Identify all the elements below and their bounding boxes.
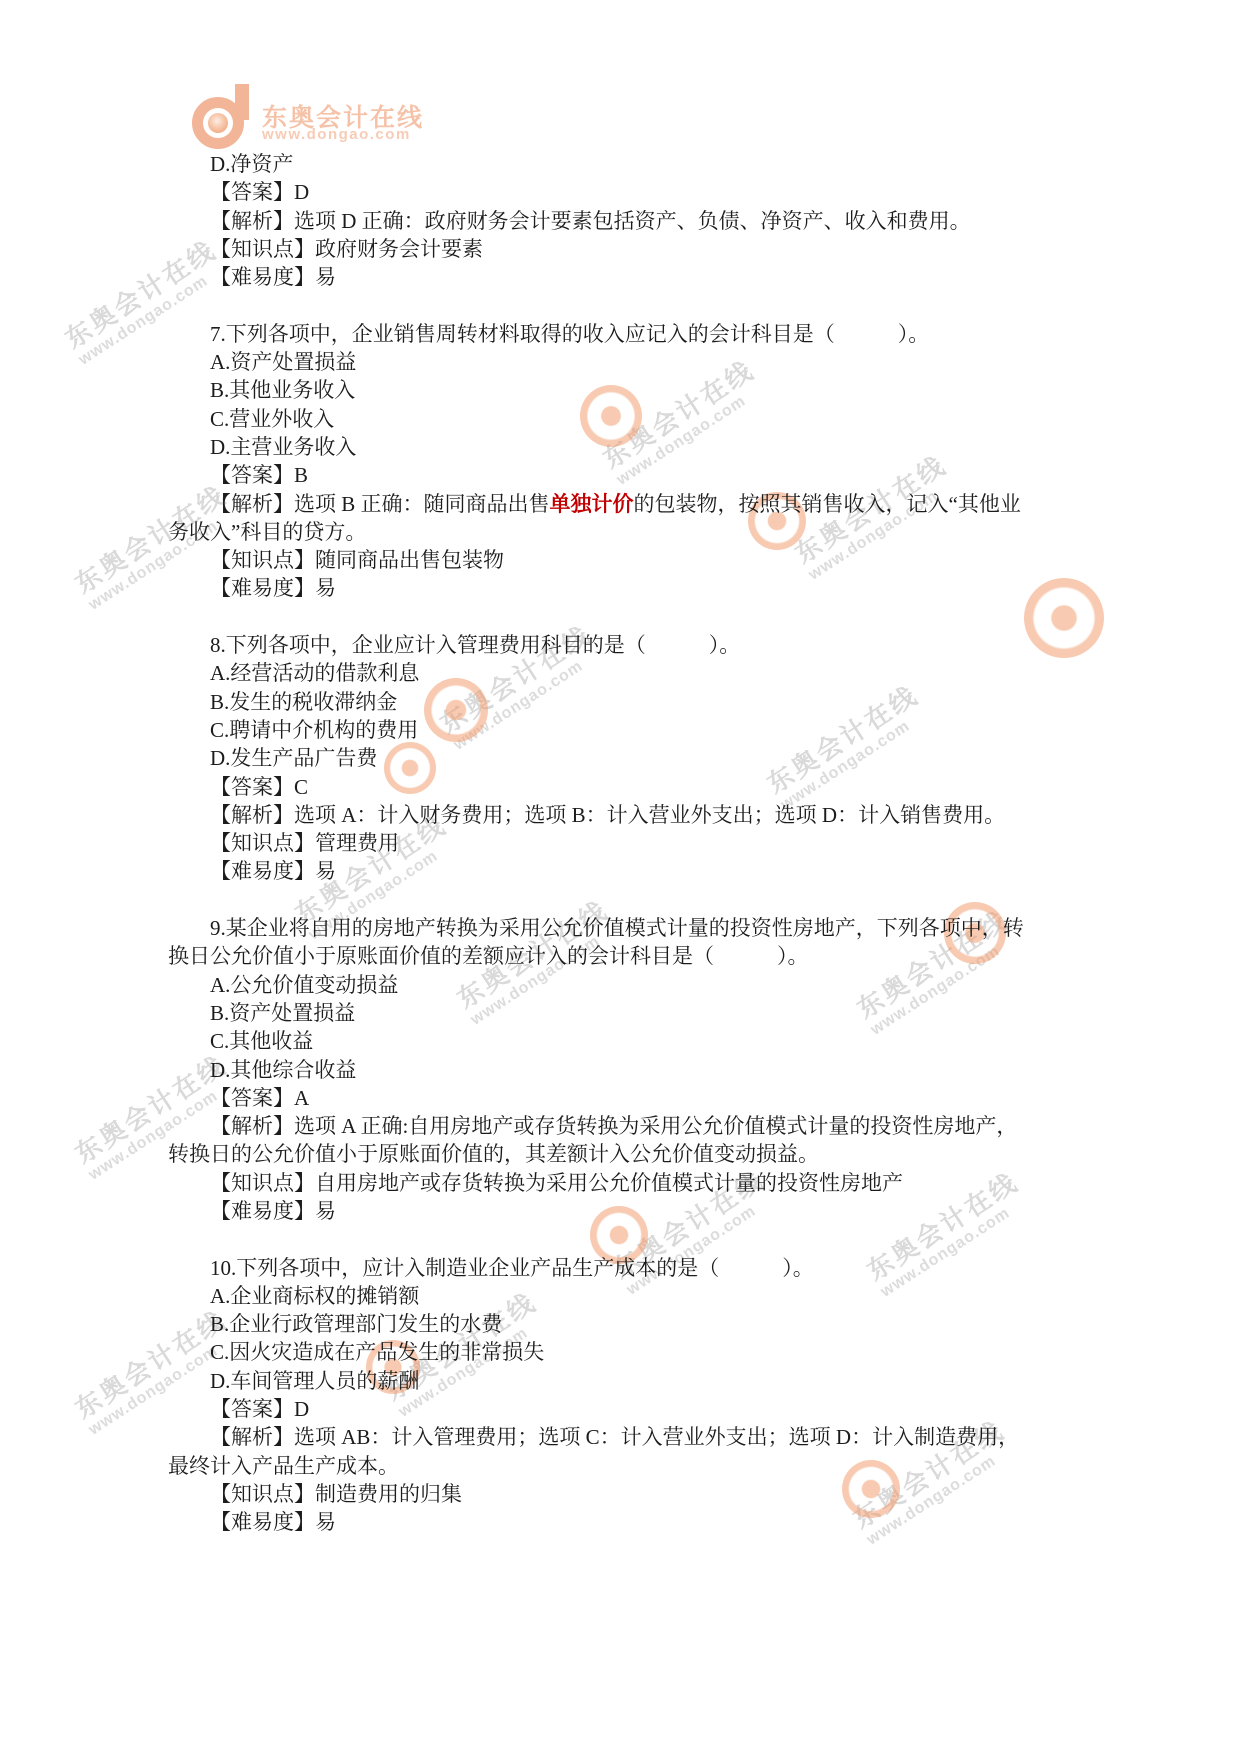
answer-line: 【答案】A	[168, 1084, 1038, 1112]
option-b: B.发生的税收滞纳金	[168, 688, 1038, 716]
analysis-line: 【解析】选项 B 正确：随同商品出售单独计价的包装物，按照其销售收入，记入“其他…	[168, 490, 1038, 547]
option-a: A.公允价值变动损益	[168, 971, 1038, 999]
option-d: D.发生产品广告费	[168, 744, 1038, 772]
option-a: A.经营活动的借款利息	[168, 659, 1038, 687]
difficulty-line: 【难易度】易	[168, 1508, 1038, 1536]
dongao-d-logo-icon	[192, 84, 256, 150]
question-7-block: 7.下列各项中，企业销售周转材料取得的收入应记入的会计科目是（ ）。 A.资产处…	[168, 320, 1038, 603]
option-d: D.车间管理人员的薪酬	[168, 1367, 1038, 1395]
difficulty-line: 【难易度】易	[168, 263, 1038, 291]
option-c: C.聘请中介机构的费用	[168, 716, 1038, 744]
question-text: 10.下列各项中，应计入制造业企业产品生产成本的是（ ）。	[168, 1254, 1038, 1282]
option-d: D.净资产	[168, 150, 1038, 178]
document-body: D.净资产 【答案】D 【解析】选项 D 正确：政府财务会计要素包括资产、负债、…	[168, 150, 1038, 1537]
option-d: D.主营业务收入	[168, 433, 1038, 461]
answer-line: 【答案】B	[168, 461, 1038, 489]
option-a: A.资产处置损益	[168, 348, 1038, 376]
knowledge-point-line: 【知识点】政府财务会计要素	[168, 235, 1038, 263]
analysis-highlight-red: 单独计价	[550, 492, 634, 516]
question-text: 9.某企业将自用的房地产转换为采用公允价值模式计量的投资性房地产，下列各项中，转…	[168, 914, 1038, 971]
logo-ascender-shape	[235, 84, 249, 120]
difficulty-line: 【难易度】易	[168, 574, 1038, 602]
question-text: 7.下列各项中，企业销售周转材料取得的收入应记入的会计科目是（ ）。	[168, 320, 1038, 348]
option-c: C.因火灾造成在产品发生的非常损失	[168, 1338, 1038, 1366]
analysis-line: 【解析】选项 D 正确：政府财务会计要素包括资产、负债、净资产、收入和费用。	[168, 207, 1038, 235]
option-c: C.其他收益	[168, 1027, 1038, 1055]
knowledge-point-line: 【知识点】管理费用	[168, 829, 1038, 857]
analysis-line: 【解析】选项 AB：计入管理费用；选项 C：计入营业外支出；选项 D：计入制造费…	[168, 1423, 1038, 1480]
answer-line: 【答案】D	[168, 178, 1038, 206]
option-b: B.其他业务收入	[168, 376, 1038, 404]
analysis-text-prefix: 【解析】选项 B 正确：随同商品出售	[210, 492, 550, 516]
question-6-answer-block: D.净资产 【答案】D 【解析】选项 D 正确：政府财务会计要素包括资产、负债、…	[168, 150, 1038, 291]
document-page: 东奥会计在线 www.dongao.com 东奥会计在线www.dongao.c…	[0, 0, 1240, 1753]
knowledge-point-line: 【知识点】自用房地产或存货转换为采用公允价值模式计量的投资性房地产	[168, 1169, 1038, 1197]
logo-center-ball	[208, 113, 228, 133]
option-a: A.企业商标权的摊销额	[168, 1282, 1038, 1310]
question-text: 8.下列各项中，企业应计入管理费用科目的是（ ）。	[168, 631, 1038, 659]
option-d: D.其他综合收益	[168, 1056, 1038, 1084]
brand-url: www.dongao.com	[262, 126, 562, 143]
question-9-block: 9.某企业将自用的房地产转换为采用公允价值模式计量的投资性房地产，下列各项中，转…	[168, 914, 1038, 1225]
difficulty-line: 【难易度】易	[168, 1197, 1038, 1225]
analysis-line: 【解析】选项 A：计入财务费用；选项 B：计入营业外支出；选项 D：计入销售费用…	[168, 801, 1038, 829]
option-c: C.营业外收入	[168, 405, 1038, 433]
question-8-block: 8.下列各项中，企业应计入管理费用科目的是（ ）。 A.经营活动的借款利息 B.…	[168, 631, 1038, 886]
answer-line: 【答案】C	[168, 773, 1038, 801]
knowledge-point-line: 【知识点】制造费用的归集	[168, 1480, 1038, 1508]
option-b: B.资产处置损益	[168, 999, 1038, 1027]
answer-line: 【答案】D	[168, 1395, 1038, 1423]
option-b: B.企业行政管理部门发生的水费	[168, 1310, 1038, 1338]
knowledge-point-line: 【知识点】随同商品出售包装物	[168, 546, 1038, 574]
question-10-block: 10.下列各项中，应计入制造业企业产品生产成本的是（ ）。 A.企业商标权的摊销…	[168, 1254, 1038, 1537]
difficulty-line: 【难易度】易	[168, 857, 1038, 885]
analysis-line: 【解析】选项 A 正确:自用房地产或存货转换为采用公允价值模式计量的投资性房地产…	[168, 1112, 1038, 1169]
